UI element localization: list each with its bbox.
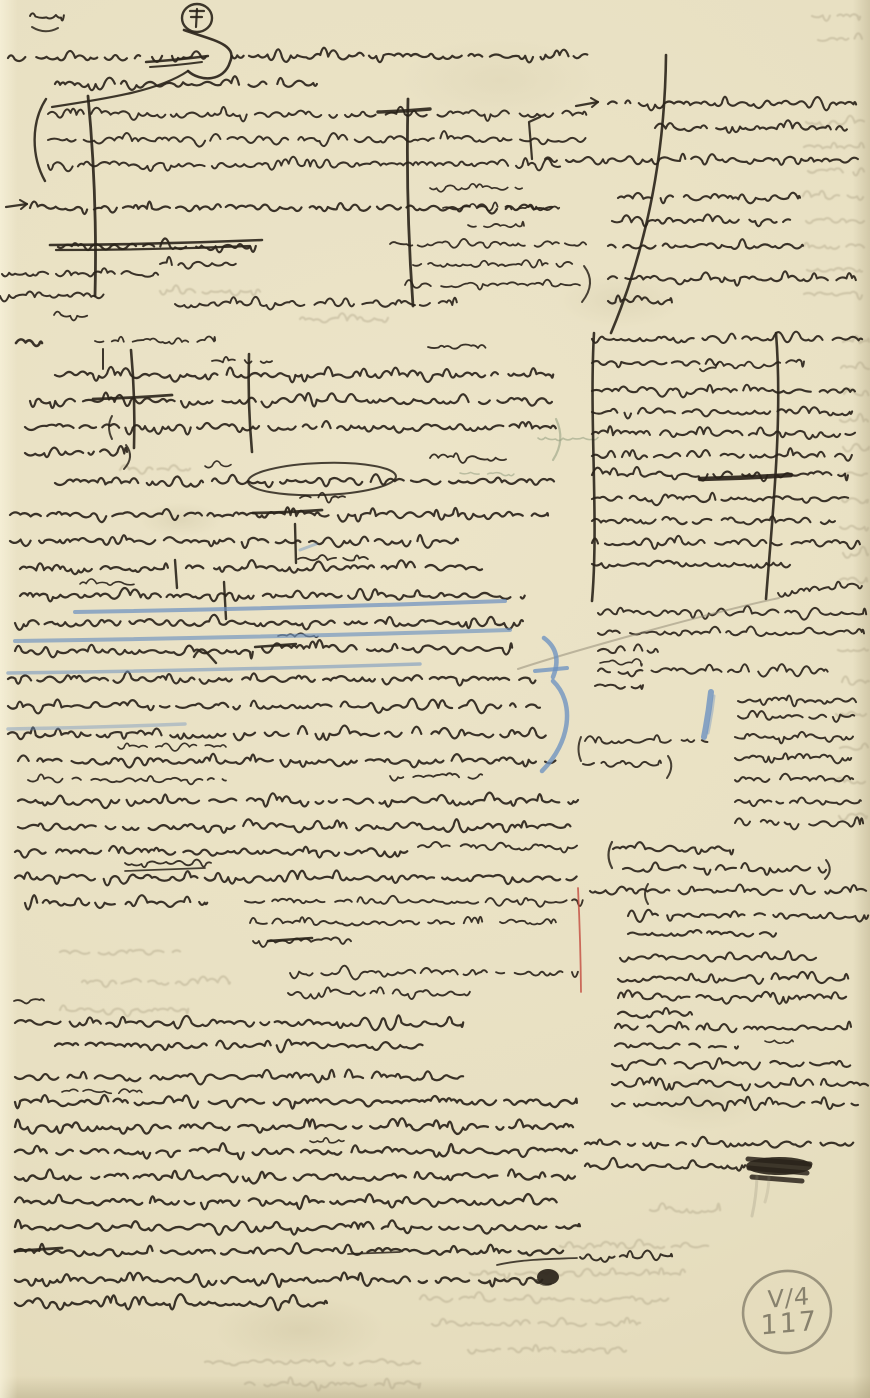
ink-handwriting-layer: [0, 13, 868, 1310]
archival-number: V/4 117: [752, 1283, 827, 1341]
manuscript-strokes-canvas: [0, 0, 870, 1398]
pencil-accent-layer: [460, 437, 598, 475]
manuscript-page: V/4 117: [0, 0, 870, 1398]
archival-page-number: 117: [752, 1307, 826, 1341]
ghost-showthrough-layer: [60, 14, 869, 1390]
